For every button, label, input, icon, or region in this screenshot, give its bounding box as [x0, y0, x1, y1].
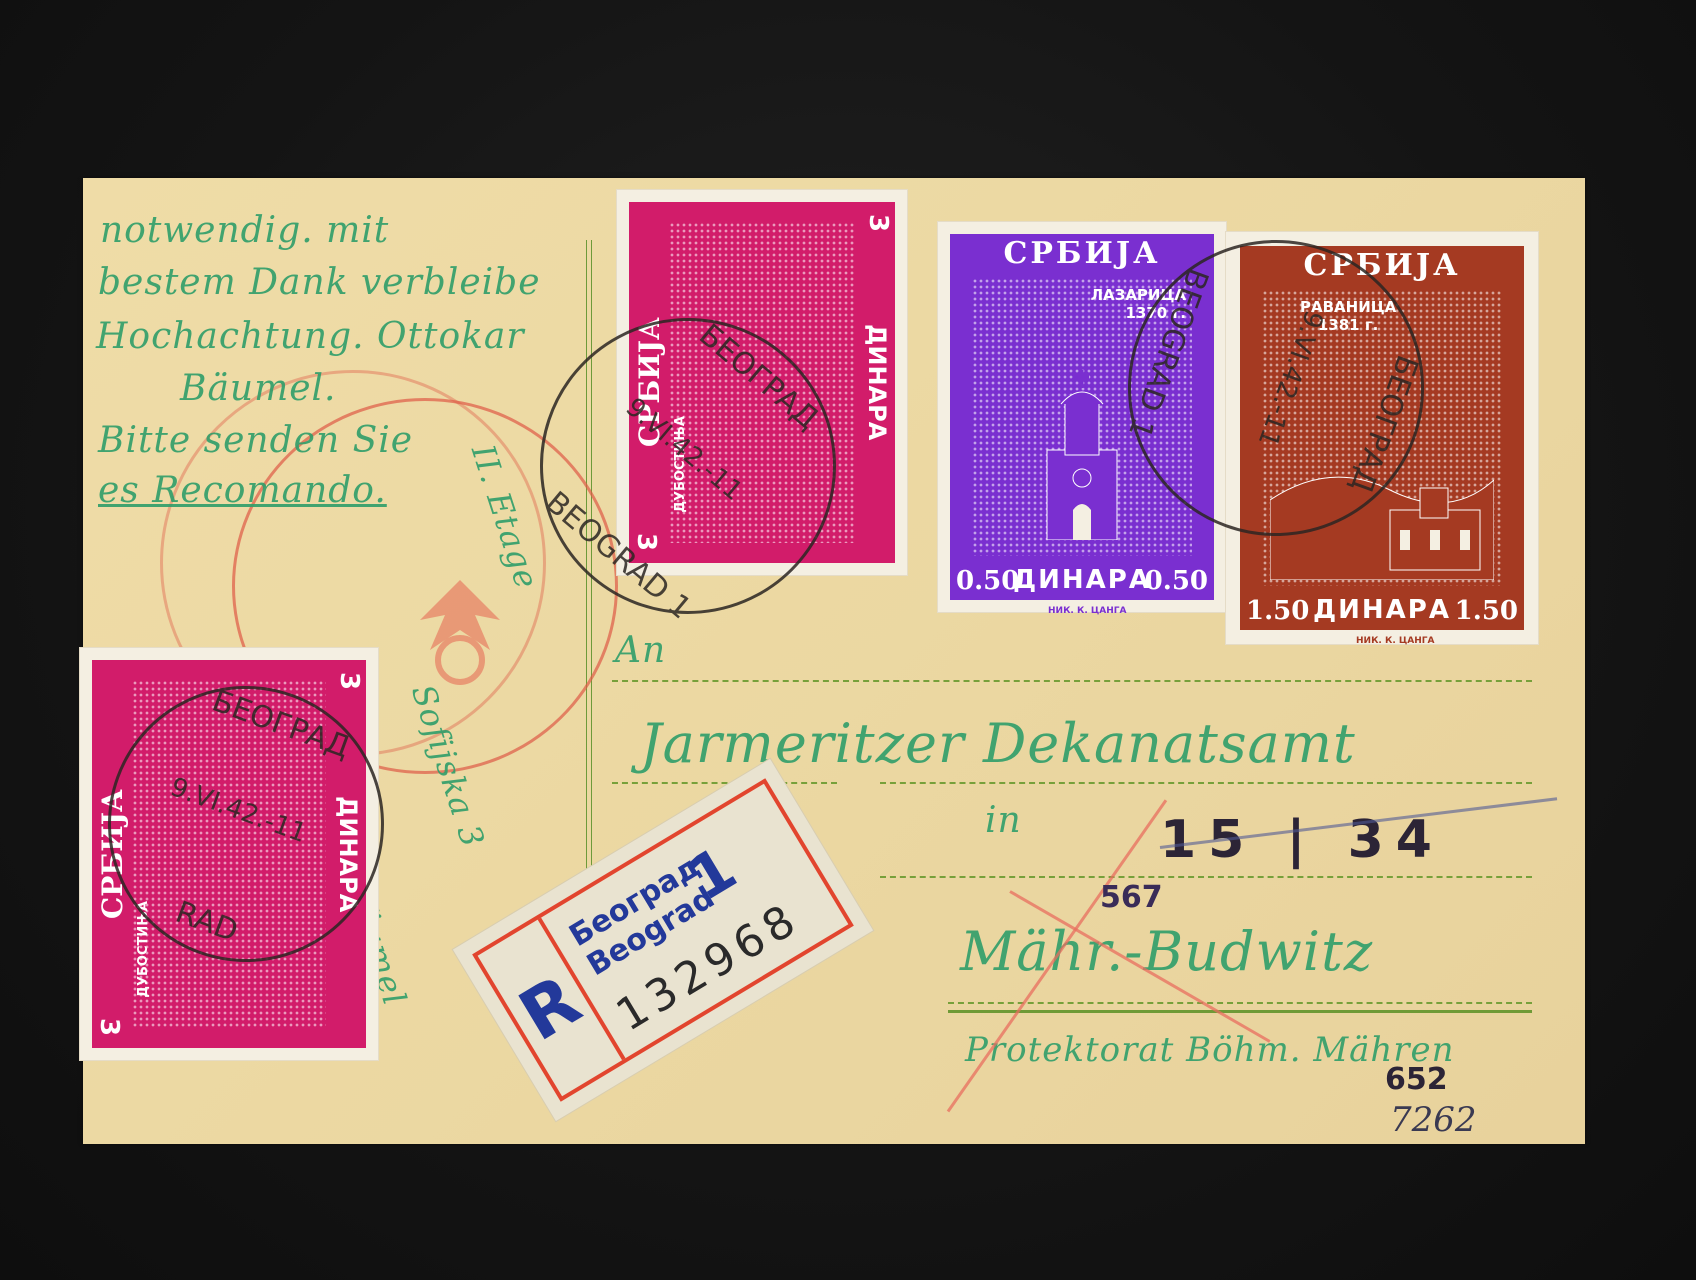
message-line: es Recomando.: [98, 470, 387, 511]
postmark-city-latin: RAD: [171, 895, 242, 950]
stamp-printer: НИК. К. ЦАНГА: [1356, 636, 1434, 646]
stamp-value: 3: [94, 1018, 124, 1036]
address-line: [880, 876, 1532, 878]
code-stamp: 567: [1100, 880, 1163, 915]
message-line: Hochachtung. Ottokar: [96, 316, 525, 357]
address-line-text: Jarmeritzer Dekanatsamt: [640, 712, 1356, 775]
message-line: bestem Dank verbleibe: [98, 262, 541, 303]
stamp-value: 0.50: [956, 566, 1019, 596]
address-line: [948, 1010, 1532, 1013]
stamp-value: 3: [334, 672, 364, 690]
stamp-currency: ДИНАРА: [857, 202, 891, 563]
address-line-text: An: [615, 630, 666, 671]
postmark-date: 9.VI.42.-11: [620, 392, 748, 506]
address-line-text: Protektorat Böhm. Mähren: [965, 1030, 1455, 1070]
stamp-value: 3: [863, 214, 893, 232]
message-line: Bitte senden Sie: [98, 420, 413, 461]
address-line: [612, 680, 1532, 682]
church-illustration: [1027, 370, 1137, 540]
stamp-printer: НИК. К. ЦАНГА: [1048, 606, 1126, 616]
stamp-country: СРБИЈА: [950, 234, 1214, 274]
address-line-text: in: [985, 800, 1022, 841]
censor-eagle-mark: [390, 560, 530, 700]
stamp-value: 1.50: [1455, 596, 1518, 626]
address-line: [612, 782, 837, 784]
message-line: notwendig. mit: [100, 210, 389, 251]
code-stamp: 652: [1385, 1062, 1448, 1097]
pencil-note: 7262: [1390, 1100, 1477, 1140]
postmark-date: 9.VI.42.-11: [166, 772, 310, 849]
stamp-value: 0.50: [1145, 566, 1208, 596]
postmark-date: 9.VI.42.-11: [1252, 306, 1329, 450]
address-line: [948, 1002, 1532, 1004]
message-line: Bäumel.: [180, 368, 337, 409]
address-line: [880, 782, 1532, 784]
address-line-text: Mähr.-Budwitz: [960, 920, 1373, 983]
stamp-value: 1.50: [1246, 596, 1309, 626]
